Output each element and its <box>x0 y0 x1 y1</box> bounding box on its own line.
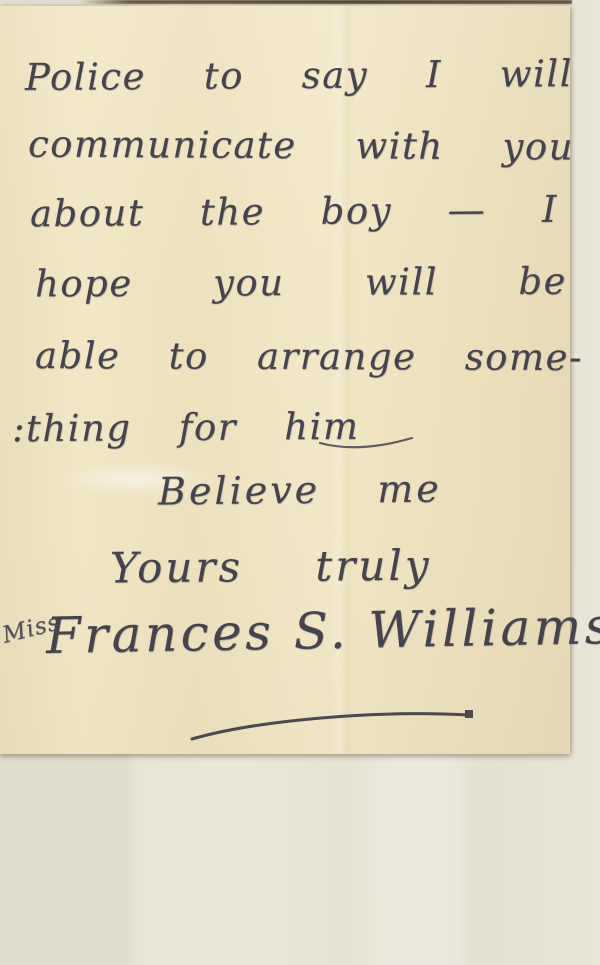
scan-top-edge <box>80 0 572 4</box>
letter-line: Police to say I will <box>25 52 573 99</box>
letter-paper: Police to say I will communicate with yo… <box>0 6 570 754</box>
closing-line: Believe me <box>158 467 442 514</box>
letter-line: communicate with you <box>28 123 574 169</box>
pen-stroke-tail <box>318 430 418 456</box>
letter-line: :thing for him <box>12 405 360 450</box>
signature-underline-flourish <box>188 702 488 746</box>
valediction-line: Yours truly <box>110 541 432 593</box>
signature: Frances S. Williams <box>46 597 600 665</box>
letter-line: about the boy — I <box>30 188 558 236</box>
scanned-letter-page: Police to say I will communicate with yo… <box>0 0 600 965</box>
letter-line: hope you will be <box>35 260 567 306</box>
letter-line: able to arrange some- <box>35 334 583 379</box>
